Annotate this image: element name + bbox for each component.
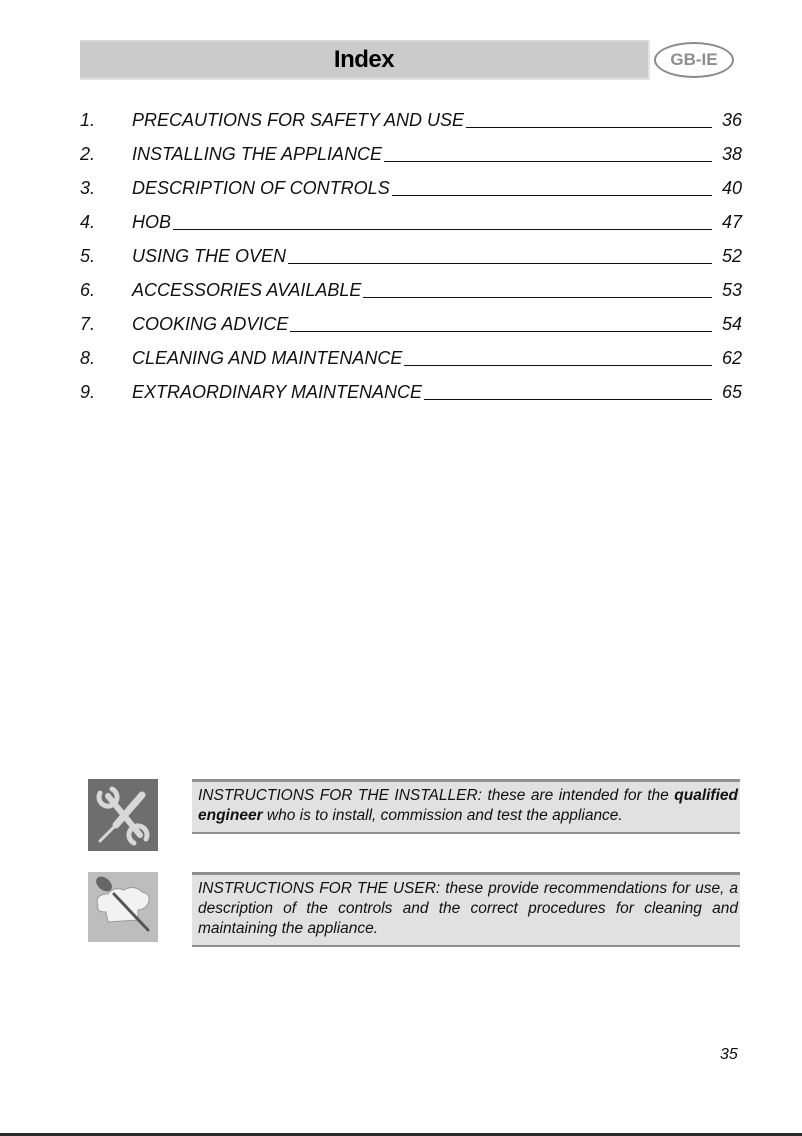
toc-entry-number: 2.	[80, 144, 132, 165]
toc-entry[interactable]: 9.EXTRAORDINARY MAINTENANCE65	[80, 382, 742, 416]
toc-entry[interactable]: 6.ACCESSORIES AVAILABLE53	[80, 280, 742, 314]
toc-entry-number: 5.	[80, 246, 132, 267]
toc-entry[interactable]: 8.CLEANING AND MAINTENANCE62	[80, 348, 742, 382]
toc-entry-number: 9.	[80, 382, 132, 403]
toc-entry-page[interactable]: 65	[718, 382, 742, 403]
toc-entry-page[interactable]: 40	[718, 178, 742, 199]
toc-entry[interactable]: 5.USING THE OVEN52	[80, 246, 742, 280]
chef-spoon-icon	[88, 872, 158, 942]
toc-leader-line	[288, 263, 712, 264]
toc-entry-title[interactable]: INSTALLING THE APPLIANCE	[132, 144, 382, 165]
toc-entry[interactable]: 2.INSTALLING THE APPLIANCE38	[80, 144, 742, 178]
toc-entry-number: 3.	[80, 178, 132, 199]
toc-entry-number: 8.	[80, 348, 132, 369]
toc-entry-title[interactable]: CLEANING AND MAINTENANCE	[132, 348, 402, 369]
toc-leader-line	[290, 331, 712, 332]
toc-entry[interactable]: 1.PRECAUTIONS FOR SAFETY AND USE36	[80, 110, 742, 144]
toc-entry-page[interactable]: 47	[718, 212, 742, 233]
toc-leader-line	[392, 195, 712, 196]
toc-entry-page[interactable]: 38	[718, 144, 742, 165]
toc-entry-number: 1.	[80, 110, 132, 131]
toc-leader-line	[173, 229, 712, 230]
language-badge: GB-IE	[654, 42, 734, 78]
header-bar: Index	[80, 40, 650, 80]
installer-note-text: INSTRUCTIONS FOR THE INSTALLER: these ar…	[192, 779, 740, 834]
toc-entry-title[interactable]: EXTRAORDINARY MAINTENANCE	[132, 382, 422, 403]
toc-entry[interactable]: 3.DESCRIPTION OF CONTROLS40	[80, 178, 742, 212]
toc-leader-line	[404, 365, 712, 366]
toc-leader-line	[363, 297, 712, 298]
toc-leader-line	[424, 399, 712, 400]
toc-entry-title[interactable]: PRECAUTIONS FOR SAFETY AND USE	[132, 110, 464, 131]
toc-leader-line	[384, 161, 712, 162]
toc-leader-line	[466, 127, 712, 128]
page-number: 35	[720, 1046, 738, 1064]
toc-entry-page[interactable]: 62	[718, 348, 742, 369]
toc-entry-title[interactable]: USING THE OVEN	[132, 246, 286, 267]
toc-entry-page[interactable]: 54	[718, 314, 742, 335]
toc-entry-title[interactable]: HOB	[132, 212, 171, 233]
tools-icon	[88, 779, 158, 849]
toc-entry-number: 4.	[80, 212, 132, 233]
toc-entry-title[interactable]: DESCRIPTION OF CONTROLS	[132, 178, 390, 199]
toc-entry[interactable]: 4.HOB47	[80, 212, 742, 246]
toc-entry-page[interactable]: 52	[718, 246, 742, 267]
table-of-contents: 1.PRECAUTIONS FOR SAFETY AND USE362.INST…	[80, 110, 742, 416]
toc-entry-page[interactable]: 36	[718, 110, 742, 131]
page-title: Index	[334, 46, 394, 74]
toc-entry-title[interactable]: ACCESSORIES AVAILABLE	[132, 280, 361, 301]
user-note-text: INSTRUCTIONS FOR THE USER: these provide…	[192, 872, 740, 947]
toc-entry-number: 6.	[80, 280, 132, 301]
toc-entry[interactable]: 7.COOKING ADVICE54	[80, 314, 742, 348]
toc-entry-title[interactable]: COOKING ADVICE	[132, 314, 288, 335]
toc-entry-page[interactable]: 53	[718, 280, 742, 301]
toc-entry-number: 7.	[80, 314, 132, 335]
